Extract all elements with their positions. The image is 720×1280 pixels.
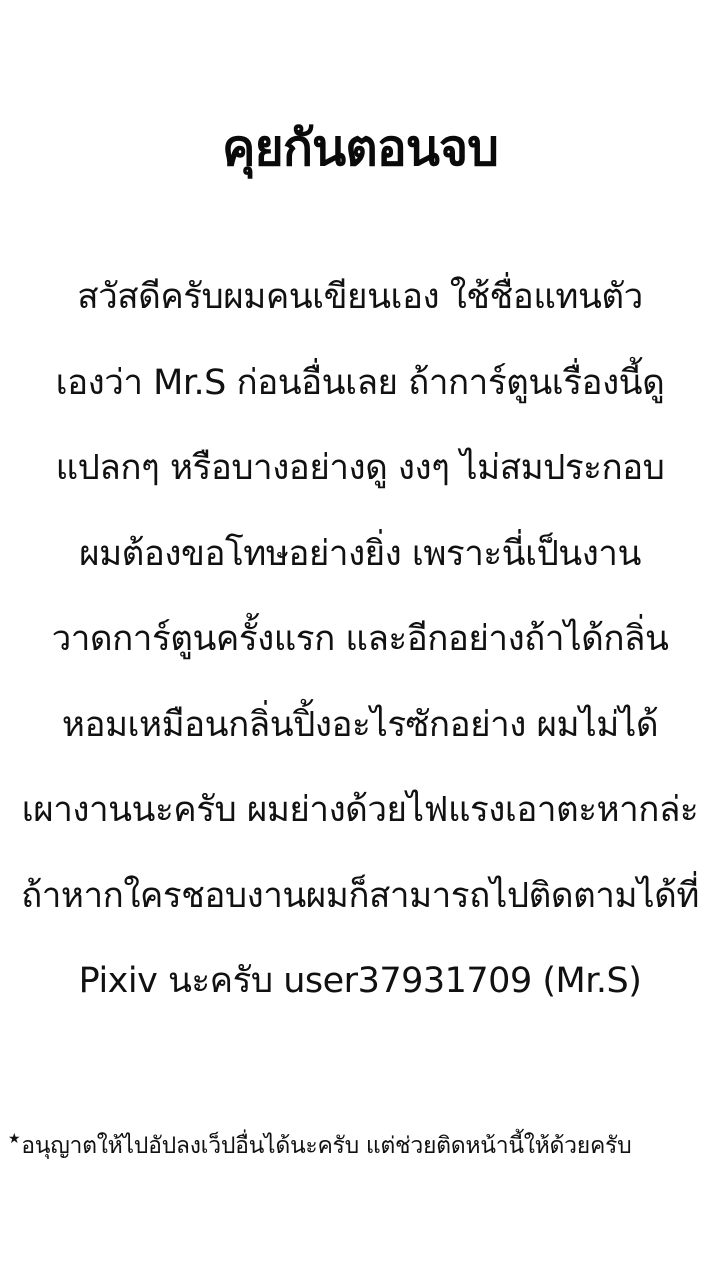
pixiv-credit-line: Pixiv นะครับ user37931709 (Mr.S) [0, 939, 720, 1025]
afterword-body: สวัสดีครับผมคนเขียนเอง ใช้ชื่อแทนตัว เอง… [0, 255, 720, 1025]
page-title: คุยกันตอนจบ [0, 108, 720, 188]
star-icon: ★ [8, 1131, 20, 1147]
body-line: เองว่า Mr.S ก่อนอื่นเลย ถ้าการ์ตูนเรื่อง… [0, 341, 720, 427]
body-line: ถ้าหากใครชอบงานผมก็สามารถไปติดตามได้ที่ [0, 854, 720, 940]
body-line: วาดการ์ตูนครั้งแรก และอีกอย่างถ้าได้กลิ่… [0, 597, 720, 683]
body-line: ผมต้องขอโทษอย่างยิ่ง เพราะนี่เป็นงาน [0, 512, 720, 598]
body-line: หอมเหมือนกลิ่นปิ้งอะไรซักอย่าง ผมไม่ได้ [0, 683, 720, 769]
body-line: แปลกๆ หรือบางอย่างดู งงๆ ไม่สมประกอบ [0, 426, 720, 512]
footnote: ★อนุญาตให้ไปอัปลงเว็ปอื่นได้นะครับ แต่ช่… [8, 1117, 708, 1168]
body-line: เผางานนะครับ ผมย่างด้วยไฟแรงเอาตะหากล่ะ [0, 768, 720, 854]
afterword-page: คุยกันตอนจบ สวัสดีครับผมคนเขียนเอง ใช้ชื… [0, 0, 720, 1280]
body-line: สวัสดีครับผมคนเขียนเอง ใช้ชื่อแทนตัว [0, 255, 720, 341]
footnote-text: อนุญาตให้ไปอัปลงเว็ปอื่นได้นะครับ แต่ช่ว… [21, 1133, 631, 1159]
